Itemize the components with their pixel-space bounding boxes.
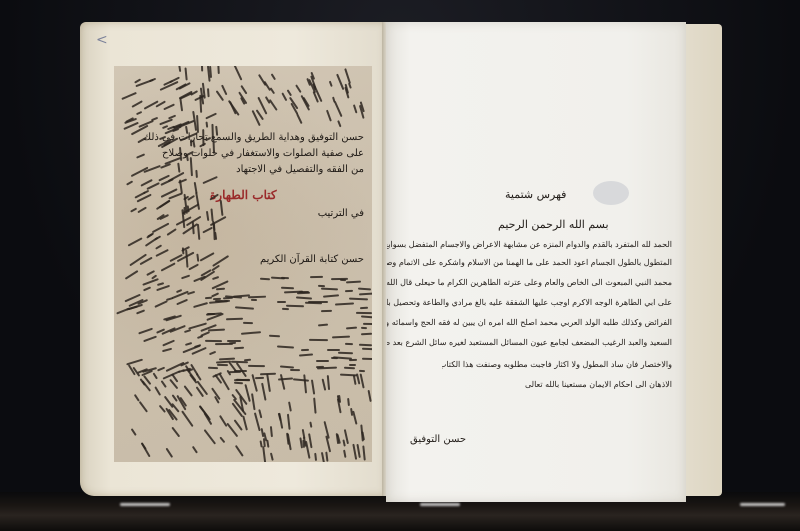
text-line: الفرائض وكذلك طلبه الولد العربي محمد اصل… bbox=[387, 318, 672, 327]
annotation-stroke bbox=[159, 405, 166, 413]
annotation-stroke bbox=[357, 444, 361, 458]
annotation-stroke bbox=[220, 200, 223, 216]
annotation-stroke bbox=[286, 305, 304, 307]
annotation-stroke bbox=[269, 335, 280, 337]
annotation-stroke bbox=[205, 339, 222, 341]
annotation-stroke bbox=[262, 383, 267, 401]
annotation-stroke bbox=[217, 364, 228, 366]
annotation-stroke bbox=[245, 384, 251, 401]
annotation-stroke bbox=[136, 111, 142, 115]
annotation-stroke bbox=[271, 73, 276, 80]
annotation-stroke bbox=[345, 290, 353, 292]
annotation-stroke bbox=[337, 120, 341, 127]
annotation-stroke bbox=[361, 316, 372, 319]
annotation-stroke bbox=[141, 442, 150, 457]
annotation-stroke bbox=[185, 250, 188, 268]
annotation-stroke bbox=[229, 101, 236, 115]
annotation-stroke bbox=[241, 331, 261, 334]
text-line: الاذهان الى احكام الايمان مستعينا بالله … bbox=[442, 380, 672, 389]
text-line: والاختصار فان ساد المطول ولا اكثار فاجبت… bbox=[442, 360, 672, 369]
annotation-stroke bbox=[321, 288, 338, 290]
annotation-stroke bbox=[136, 309, 145, 314]
annotation-stroke bbox=[327, 349, 340, 351]
annotation-stroke bbox=[352, 411, 357, 425]
annotation-stroke bbox=[267, 374, 271, 392]
annotation-stroke bbox=[277, 301, 286, 303]
annotation-stroke bbox=[234, 379, 250, 381]
annotation-stroke bbox=[203, 176, 219, 184]
annotation-stroke bbox=[193, 276, 205, 282]
annotation-stroke bbox=[263, 446, 267, 462]
annotation-stroke bbox=[295, 85, 301, 94]
text-line: السعيد والعبد الرغيب المضعف لجامع عيون ا… bbox=[387, 338, 672, 347]
annotation-stroke bbox=[349, 297, 368, 299]
annotation-stroke bbox=[313, 398, 316, 414]
annotation-stroke bbox=[348, 398, 350, 406]
folio-mark: < bbox=[96, 32, 108, 48]
annotation-stroke bbox=[278, 378, 293, 381]
annotation-stroke bbox=[176, 299, 188, 305]
annotation-stroke bbox=[226, 423, 238, 437]
annotation-stroke bbox=[212, 255, 229, 267]
annotation-stroke bbox=[202, 227, 213, 234]
annotation-stroke bbox=[255, 377, 264, 379]
annotation-stroke bbox=[334, 101, 342, 117]
annotation-stroke bbox=[297, 292, 310, 294]
text-line: حسن كتابة القرآن الكريم bbox=[260, 254, 364, 265]
annotation-stroke bbox=[171, 427, 179, 437]
annotation-stroke bbox=[301, 349, 309, 351]
annotation-stroke bbox=[234, 347, 244, 349]
annotation-stroke bbox=[323, 294, 339, 297]
annotation-stroke bbox=[204, 412, 213, 425]
annotation-stroke bbox=[331, 278, 348, 280]
annotation-stroke bbox=[213, 139, 215, 153]
annotation-stroke bbox=[200, 252, 214, 261]
annotation-stroke bbox=[243, 322, 253, 324]
annotation-stroke bbox=[211, 208, 214, 221]
annotation-stroke bbox=[359, 370, 365, 372]
faded-stamp bbox=[593, 181, 629, 205]
annotation-stroke bbox=[329, 81, 333, 87]
annotation-stroke bbox=[162, 339, 175, 346]
annotation-stroke bbox=[361, 333, 372, 335]
annotation-stroke bbox=[185, 67, 188, 80]
annotation-stroke bbox=[335, 302, 354, 305]
annotation-stroke bbox=[149, 78, 156, 82]
annotation-stroke bbox=[363, 323, 372, 325]
annotation-stroke bbox=[160, 262, 175, 271]
annotation-stroke bbox=[282, 92, 288, 101]
annotation-stroke bbox=[193, 302, 208, 308]
annotation-stroke bbox=[358, 287, 371, 289]
annotation-stroke bbox=[162, 347, 172, 351]
annotation-stroke bbox=[196, 170, 198, 178]
annotation-stroke bbox=[349, 83, 353, 90]
annotation-stroke bbox=[208, 88, 210, 97]
annotation-stroke bbox=[277, 346, 294, 349]
annotation-stroke bbox=[197, 254, 199, 262]
annotation-stroke bbox=[258, 74, 266, 86]
annotation-stroke bbox=[269, 99, 277, 111]
annotation-stroke bbox=[327, 375, 330, 390]
annotation-stroke bbox=[310, 276, 323, 278]
annotation-stroke bbox=[281, 287, 294, 289]
annotation-stroke bbox=[208, 367, 218, 369]
annotation-stroke bbox=[280, 374, 285, 390]
annotation-stroke bbox=[288, 413, 291, 429]
annotation-stroke bbox=[156, 285, 170, 291]
annotation-stroke bbox=[293, 378, 309, 381]
annotation-stroke bbox=[345, 343, 353, 345]
annotation-stroke bbox=[346, 327, 357, 329]
annotation-stroke bbox=[179, 66, 182, 71]
annotation-stroke bbox=[343, 439, 346, 446]
annotation-stroke bbox=[165, 448, 172, 458]
annotation-stroke bbox=[316, 366, 324, 368]
annotation-stroke bbox=[248, 295, 266, 297]
annotation-stroke bbox=[279, 413, 284, 429]
annotation-stroke bbox=[206, 121, 208, 127]
annotation-stroke bbox=[209, 300, 228, 303]
annotation-stroke bbox=[332, 336, 350, 338]
text-line: على ابي الطاهرة الوجه الاكرم اوجب عليها … bbox=[387, 298, 672, 307]
annotation-stroke bbox=[216, 126, 218, 136]
annotation-stroke bbox=[155, 249, 168, 257]
annotation-stroke bbox=[216, 91, 224, 102]
annotation-stroke bbox=[356, 312, 372, 314]
annotation-stroke bbox=[349, 359, 357, 361]
annotation-stroke bbox=[309, 434, 313, 449]
annotation-stroke bbox=[233, 66, 242, 80]
annotation-stroke bbox=[201, 66, 203, 71]
annotation-stroke bbox=[308, 301, 328, 303]
annotation-stroke bbox=[338, 351, 353, 353]
annotation-stroke bbox=[258, 409, 262, 418]
shelf-glare bbox=[120, 503, 170, 506]
annotation-stroke bbox=[122, 91, 137, 99]
annotation-stroke bbox=[180, 98, 183, 111]
annotation-stroke bbox=[280, 366, 294, 369]
annotation-stroke bbox=[139, 401, 148, 413]
annotation-stroke bbox=[296, 114, 302, 125]
annotation-stroke bbox=[138, 328, 153, 335]
annotation-stroke bbox=[346, 281, 361, 283]
annotation-stroke bbox=[260, 278, 270, 280]
annotation-stroke bbox=[154, 387, 160, 396]
annotation-stroke bbox=[219, 415, 227, 427]
annotation-stroke bbox=[251, 393, 255, 410]
annotation-stroke bbox=[231, 360, 248, 362]
annotation-stroke bbox=[296, 296, 312, 299]
annotation-stroke bbox=[363, 445, 366, 460]
annotation-stroke bbox=[344, 366, 355, 368]
annotation-stroke bbox=[309, 339, 328, 341]
annotation-stroke bbox=[185, 342, 192, 345]
annotation-stroke bbox=[349, 364, 356, 366]
annotation-stroke bbox=[167, 228, 177, 235]
annotation-stroke bbox=[186, 154, 189, 161]
annotation-stroke bbox=[322, 378, 326, 390]
annotation-stroke bbox=[143, 336, 156, 342]
annotation-stroke bbox=[234, 419, 243, 430]
annotation-stroke bbox=[188, 263, 198, 270]
annotation-stroke bbox=[215, 232, 218, 240]
annotation-stroke bbox=[197, 335, 204, 338]
annotation-stroke bbox=[171, 291, 188, 299]
annotation-stroke bbox=[287, 89, 292, 96]
annotation-stroke bbox=[196, 192, 200, 210]
annotation-stroke bbox=[359, 293, 372, 295]
annotation-stroke bbox=[310, 422, 313, 428]
annotation-stroke bbox=[197, 224, 200, 240]
annotation-stroke bbox=[219, 357, 235, 359]
annotation-stroke bbox=[168, 114, 176, 118]
annotation-stroke bbox=[157, 366, 165, 371]
annotation-stroke bbox=[251, 298, 257, 300]
annotation-stroke bbox=[270, 426, 273, 437]
annotation-stroke bbox=[146, 233, 153, 238]
annotation-stroke bbox=[326, 110, 332, 122]
annotation-stroke bbox=[243, 415, 248, 429]
annotation-stroke bbox=[318, 324, 328, 326]
shelf-glare bbox=[420, 503, 460, 506]
annotation-stroke bbox=[205, 112, 217, 118]
annotation-stroke bbox=[270, 88, 275, 95]
annotation-stroke bbox=[143, 189, 149, 193]
annotation-stroke bbox=[321, 310, 332, 312]
annotation-stroke bbox=[153, 372, 158, 379]
text-line: المتطول بالطول الجسام اعود الحمد على ما … bbox=[387, 258, 672, 267]
annotation-stroke bbox=[362, 347, 372, 349]
annotation-stroke bbox=[132, 100, 143, 107]
annotation-stroke bbox=[206, 210, 209, 220]
annotation-stroke bbox=[212, 275, 219, 279]
annotation-stroke bbox=[176, 84, 187, 91]
text-line: من الفقه والتفصيل في الاجتهاد bbox=[236, 164, 364, 175]
annotation-stroke bbox=[360, 307, 368, 309]
annotation-stroke bbox=[248, 364, 265, 366]
annotated-leaf: كتاب الطهارة حسن التوفيق وهداية الطريق و… bbox=[114, 66, 372, 462]
annotation-stroke bbox=[125, 270, 138, 279]
annotation-stroke bbox=[331, 357, 338, 359]
annotation-stroke bbox=[221, 84, 227, 94]
annotation-stroke bbox=[131, 428, 136, 435]
annotation-stroke bbox=[192, 221, 194, 234]
page-title: فهرس شتمية bbox=[505, 188, 566, 201]
annotation-stroke bbox=[344, 68, 350, 83]
annotation-stroke bbox=[215, 343, 233, 345]
annotation-stroke bbox=[143, 287, 151, 291]
annotation-stroke bbox=[318, 285, 325, 287]
annotation-stroke bbox=[315, 453, 317, 461]
annotation-stroke bbox=[326, 452, 329, 462]
annotation-stroke bbox=[353, 104, 357, 113]
annotation-stroke bbox=[219, 436, 225, 443]
text-line: على صفية الصلوات والاستغفار في خلوات وصل… bbox=[162, 148, 364, 159]
annotation-stroke bbox=[316, 360, 329, 362]
annotation-stroke bbox=[196, 373, 202, 380]
annotation-stroke bbox=[126, 180, 133, 185]
annotation-stroke bbox=[216, 288, 225, 290]
annotation-stroke bbox=[186, 126, 189, 134]
annotation-stroke bbox=[282, 308, 289, 310]
text-line: في الترتيب bbox=[318, 208, 364, 219]
annotation-stroke bbox=[155, 200, 169, 210]
annotation-stroke bbox=[208, 329, 225, 331]
annotation-stroke bbox=[152, 223, 169, 233]
annotation-stroke bbox=[178, 162, 181, 172]
annotation-stroke bbox=[209, 350, 216, 354]
annotation-stroke bbox=[155, 245, 162, 250]
annotation-stroke bbox=[184, 207, 186, 215]
annotation-stroke bbox=[154, 235, 161, 240]
annotation-stroke bbox=[127, 237, 142, 246]
annotation-stroke bbox=[299, 353, 313, 356]
annotation-stroke bbox=[136, 153, 145, 158]
annotation-stroke bbox=[361, 327, 367, 329]
annotation-stroke bbox=[182, 410, 194, 427]
annotation-stroke bbox=[234, 382, 243, 384]
annotation-stroke bbox=[336, 74, 344, 90]
footer-note: حسن التوفيق bbox=[410, 434, 466, 445]
annotation-stroke bbox=[360, 374, 365, 389]
annotation-stroke bbox=[124, 122, 139, 130]
annotation-stroke bbox=[192, 446, 198, 454]
annotation-stroke bbox=[161, 380, 167, 387]
annotation-stroke bbox=[270, 452, 273, 460]
annotation-stroke bbox=[267, 440, 270, 448]
annotation-stroke bbox=[241, 85, 248, 95]
annotation-stroke bbox=[181, 275, 190, 279]
annotation-stroke bbox=[197, 115, 199, 133]
annotation-stroke bbox=[235, 306, 254, 309]
annotation-stroke bbox=[204, 429, 216, 444]
annotation-stroke bbox=[290, 369, 300, 371]
annotation-stroke bbox=[226, 318, 243, 320]
annotation-stroke bbox=[157, 282, 165, 285]
annotation-stroke bbox=[159, 119, 172, 125]
basmala: بسم الله الرحمن الرحيم bbox=[498, 218, 609, 231]
annotation-stroke bbox=[343, 449, 346, 457]
annotation-stroke bbox=[205, 297, 212, 299]
shelf-glare bbox=[740, 503, 785, 506]
annotation-stroke bbox=[184, 385, 193, 396]
annotation-stroke bbox=[163, 104, 174, 110]
annotation-stroke bbox=[311, 380, 315, 395]
text-line: الحمد لله المتفرد بالقدم والدوام المنزه … bbox=[387, 240, 672, 249]
annotation-stroke bbox=[217, 66, 219, 73]
annotation-stroke bbox=[304, 374, 307, 393]
annotation-stroke bbox=[191, 157, 194, 176]
text-line: محمد النبي المبعوث الى الخاص والعام وعلى… bbox=[387, 278, 672, 287]
annotation-stroke bbox=[212, 123, 214, 139]
annotation-stroke bbox=[362, 358, 372, 360]
annotation-stroke bbox=[138, 207, 147, 213]
annotation-stroke bbox=[211, 292, 219, 297]
annotation-stroke bbox=[368, 390, 372, 402]
annotation-stroke bbox=[147, 182, 161, 190]
annotation-stroke bbox=[235, 445, 244, 457]
annotation-stroke bbox=[359, 344, 372, 346]
annotation-stroke bbox=[154, 300, 168, 307]
annotation-stroke bbox=[288, 401, 291, 412]
